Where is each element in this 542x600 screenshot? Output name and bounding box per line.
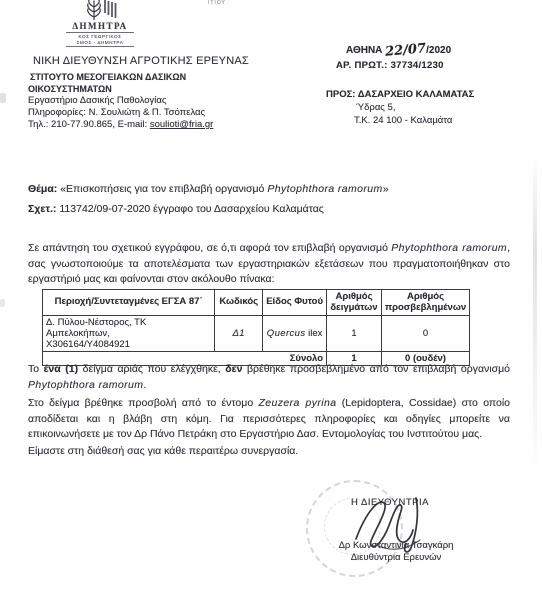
institute-line1: ΣΤΙΤΟΥΤΟ ΜΕΣΟΓΕΙΑΚΩΝ ΔΑΣΙΚΩΝ (30, 71, 278, 83)
body-paragraph-2: Το ένα (1) δείγμα αριάς που ελέγχθηκε, δ… (28, 362, 510, 393)
scan-left-mark-2 (0, 299, 5, 307)
sender-header-block: ΝΙΚΗ ΔΙΕΥΘΥΝΣΗ ΑΓΡΟΤΙΚΗΣ ΕΡΕΥΝΑΣ ΣΤΙΤΟΥΤ… (28, 55, 278, 131)
reference-text: 113742/09-07-2020 έγγραφο του Δασαρχείου… (59, 203, 324, 215)
reference-line: Σχετ.: 113742/09-07-2020 έγγραφο του Δασ… (28, 203, 528, 215)
scan-left-mark (0, 93, 6, 103)
cell-plant-species: Quercus ilex (263, 316, 327, 352)
p2-text-pre: Το (28, 363, 44, 375)
cell-species-genus: Quercus (267, 328, 306, 339)
cell-area-line2: X306164/Y4084921 (46, 339, 211, 350)
column-header-code: Κωδικός (215, 290, 263, 316)
recipient-name: ΔΑΣΑΡΧΕΙΟ ΚΑΛΑΜΑΤΑΣ (358, 89, 475, 100)
p2-species-name: Phytophthora ramorum (28, 379, 143, 391)
column-header-infected-count: Αριθμός προσβεβλημένων (381, 290, 469, 316)
cell-infected-count: 0 (381, 316, 469, 352)
city-label: ΑΘΗΝΑ (346, 45, 385, 56)
logo-name: ΔΗΜΗΤΡΑ (66, 21, 134, 31)
p3-insect-name: Zeuzera pyrina (258, 397, 336, 409)
p3-text-pre: Στο δείγμα βρέθηκε προσβολή από το έντομ… (28, 397, 258, 409)
institute-line2: ΟΙΚΟΣΥΣΤΗΜΑΤΩΝ (28, 83, 278, 95)
closing-line: Είμαστε στη διάθεσή σας για κάθε περαιτέ… (28, 444, 510, 460)
body-paragraph-1: Σε απάντηση του σχετικού εγγράφου, σε ό,… (28, 241, 510, 288)
recipient-line: ΠΡΟΣ: ΔΑΣΑΡΧΕΙΟ ΚΑΛΑΜΑΤΑΣ (326, 89, 474, 100)
logo-subtitle: ΚΟΣ ΓΕΩΡΓΙΚΟΣ ΣΜΟΣ - ΔΗΜΗΤΡΑ (66, 32, 134, 47)
date-year: /2020 (426, 45, 451, 56)
reference-label: Σχετ.: (28, 203, 59, 215)
p2-bold-one: ένα (1) (44, 363, 78, 375)
contact-persons-line: Πληροφορίες: Ν. Σουλιώτη & Π. Τσόπελας (28, 107, 278, 119)
recipient-address-street: Ύδρας 5, (356, 102, 395, 113)
recipient-address-city: Τ.Κ. 24 100 - Καλαμάτα (354, 115, 452, 126)
column-header-sample-count: Αριθμός δειγμάτων (327, 290, 382, 316)
cell-area: Δ. Πύλου-Νέστορος, ΤΚ Αμπελοκήπων, X3061… (43, 316, 215, 352)
wheat-emblem-icon (80, 0, 120, 20)
subject-species-name: Phytophthora ramorum (267, 183, 382, 195)
date-line: ΑΘΗΝΑ 22/07/2020 (346, 42, 451, 57)
cell-code: Δ1 (215, 316, 263, 352)
directorate-line: ΝΙΚΗ ΔΙΕΥΘΥΝΣΗ ΑΓΡΟΤΙΚΗΣ ΕΡΕΥΝΑΣ (33, 55, 278, 67)
phone-email-prefix: Τηλ.: 210-77.90.865, E-mail: (28, 119, 150, 130)
cut-off-header-fragment: ΙΤΙΟΥ (208, 0, 226, 6)
p2-text-mid2: βρέθηκε προσβεβλημένο από τον επιβλαβή ο… (242, 363, 510, 375)
p2-bold-not: δεν (225, 363, 242, 375)
phone-email-line: Τηλ.: 210-77.90.865, E-mail: soulioti@fr… (28, 119, 278, 131)
p2-text-post: . (143, 379, 146, 391)
results-table: Περιοχή/Συντεταγμένες ΕΓΣΑ 87΄ Κωδικός Ε… (42, 289, 470, 366)
table-header-row: Περιοχή/Συντεταγμένες ΕΓΣΑ 87΄ Κωδικός Ε… (43, 290, 470, 316)
laboratory-line: Εργαστήριο Δασικής Παθολογίας (28, 95, 278, 107)
handwritten-date: 22/07 (385, 41, 427, 60)
body-paragraph-3: Στο δείγμα βρέθηκε προσβολή από το έντομ… (28, 396, 510, 443)
p1-text-pre: Σε απάντηση του σχετικού εγγράφου, σε ό,… (28, 242, 391, 254)
email-link[interactable]: soulioti@fria.gr (150, 119, 214, 130)
subject-text-post: » (383, 183, 389, 195)
subject-text-pre: «Επισκοπήσεις για τον επιβλαβή οργανισμό (60, 183, 267, 195)
subject-line: Θέμα: «Επισκοπήσεις για τον επιβλαβή οργ… (28, 183, 528, 195)
table-row: Δ. Πύλου-Νέστορος, ΤΚ Αμπελοκήπων, X3061… (43, 316, 470, 352)
subject-label: Θέμα: (28, 183, 60, 195)
scanned-letter-page: ΙΤΙΟΥ ΔΗΜΗΤΡΑ ΚΟΣ ΓΕΩΡΓΙΚΟΣ ΣΜΟΣ - ΔΗΜΗΤ… (0, 0, 542, 600)
logo-subtitle-line2: ΣΜΟΣ - ΔΗΜΗΤΡΑ (66, 40, 134, 46)
cell-area-line1: Δ. Πύλου-Νέστορος, ΤΚ Αμπελοκήπων, (46, 317, 211, 339)
to-label: ΠΡΟΣ: (326, 89, 358, 100)
column-header-area: Περιοχή/Συντεταγμένες ΕΓΣΑ 87΄ (43, 290, 215, 316)
scan-edge-streak (533, 155, 537, 475)
signatory-role: Διευθύντρια Ερευνών (326, 552, 466, 563)
cell-species-epithet: ilex (306, 328, 323, 339)
p1-species-name: Phytophthora ramorum (391, 242, 507, 254)
signatory-name: Δρ Κωνσταντινιά Τσαγκάρη (326, 540, 466, 551)
column-header-plant-species: Είδος Φυτού (263, 290, 327, 316)
cell-sample-count: 1 (327, 316, 382, 352)
elgo-dimitra-logo: ΔΗΜΗΤΡΑ ΚΟΣ ΓΕΩΡΓΙΚΟΣ ΣΜΟΣ - ΔΗΜΗΤΡΑ (66, 0, 134, 47)
p2-text-mid1: δείγμα αριάς που ελέγχθηκε, (78, 363, 225, 375)
protocol-number: ΑΡ. ΠΡΩΤ.: 37734/1230 (336, 60, 444, 71)
